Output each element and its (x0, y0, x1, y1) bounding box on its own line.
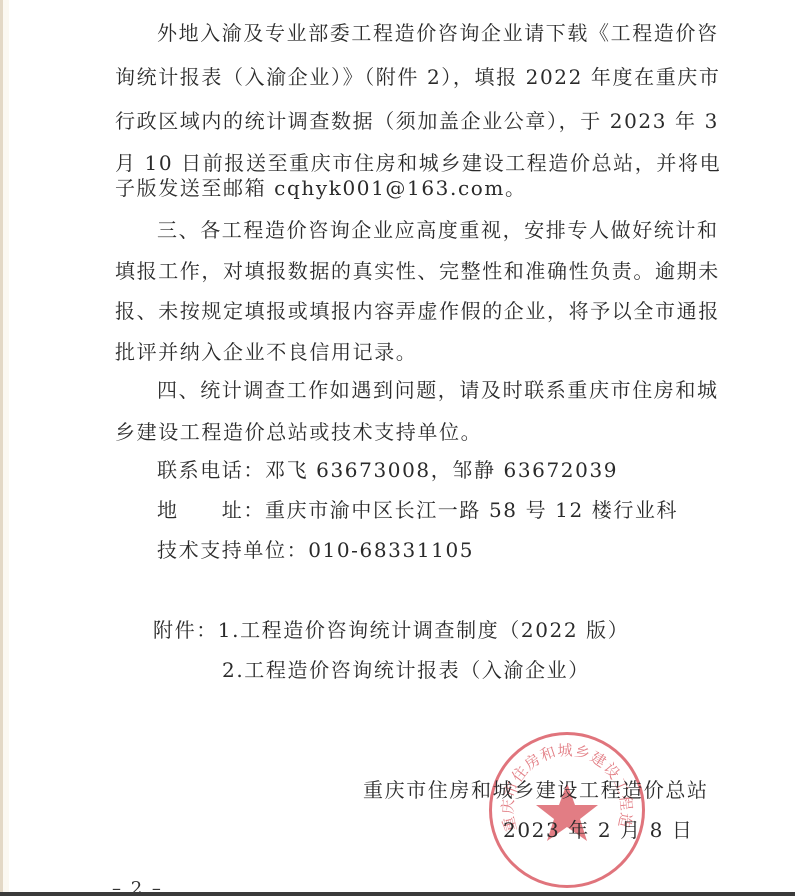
paragraph-line: 外地入渝及专业部委工程造价咨询企业请下载《工程造价咨 (157, 21, 719, 45)
attachment-item-1: 附件：1.工程造价咨询统计调查制度（2022 版） (153, 618, 629, 642)
paragraph-line: 乡建设工程造价总站或技术支持单位。 (115, 420, 482, 444)
paragraph-line: 报、未按规定填报或填报内容弄虚作假的企业，将予以全市通报 (115, 299, 720, 323)
paragraph-line: 行政区域内的统计调查数据（须加盖企业公章），于 2023 年 3 (115, 109, 719, 133)
paragraph-line-email: 子版发送至邮箱 cqhyk001@163.com。 (115, 176, 527, 200)
attachment-item-2: 2.工程造价咨询统计报表（入渝企业） (222, 658, 590, 682)
paragraph-line: 四、统计调查工作如遇到问题，请及时联系重庆市住房和城 (157, 378, 719, 402)
paragraph-line: 询统计报表（入渝企业）》（附件 2），填报 2022 年度在重庆市 (115, 65, 721, 89)
signature-date: 2023 年 2 月 8 日 (503, 818, 694, 842)
contact-address: 地 址：重庆市渝中区长江一路 58 号 12 楼行业科 (157, 498, 678, 522)
paragraph-line: 月 10 日前报送至重庆市住房和城乡建设工程造价总站，并将电 (115, 151, 721, 175)
contact-phone: 联系电话：邓飞 63673008，邹静 63672039 (157, 458, 618, 482)
contact-tech-support: 技术支持单位：010-68331105 (157, 538, 474, 562)
signature-organization: 重庆市住房和城乡建设工程造价总站 (363, 778, 709, 802)
document-page: 外地入渝及专业部委工程造价咨询企业请下载《工程造价咨 询统计报表（入渝企业）》（… (0, 0, 795, 896)
paragraph-line: 批评并纳入企业不良信用记录。 (115, 340, 417, 364)
official-seal-stamp: 重庆市住房和城乡建设工程造价总站 (489, 732, 645, 888)
bottom-border (0, 892, 795, 896)
paragraph-line: 三、各工程造价咨询企业应高度重视，安排专人做好统计和 (157, 218, 719, 242)
paragraph-line: 填报工作，对填报数据的真实性、完整性和准确性负责。逾期未 (115, 259, 720, 283)
seal-star-icon: 重庆市住房和城乡建设工程造价总站 (492, 735, 642, 885)
